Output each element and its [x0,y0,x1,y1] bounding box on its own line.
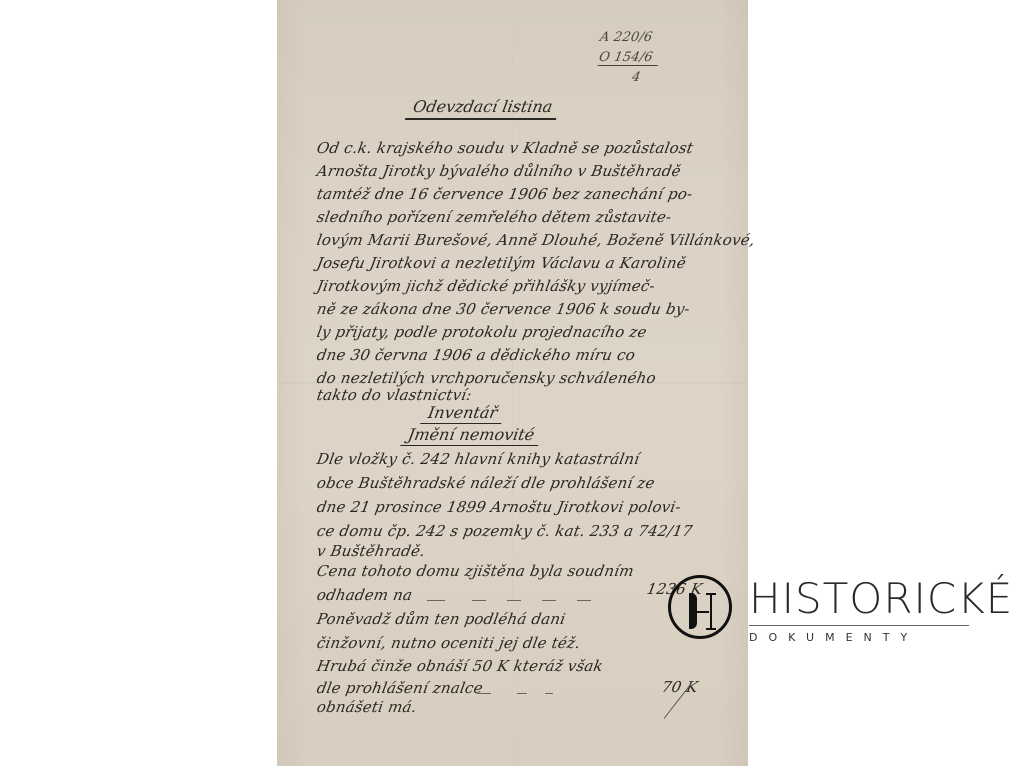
body-line: dne 30 června 1906 a dědického míru co [315,346,636,364]
dash-leader [477,693,491,694]
note-amount: 70 K [660,678,699,696]
dash-leader [545,693,553,694]
valuation-line: odhadem na [315,586,413,604]
note-line: dle prohlášení znalce [315,679,484,697]
dash-leader [507,600,521,601]
brand-word: HISTORICKÉ [749,577,1013,621]
body-line: lovým Marii Burešové, Anně Dlouhé, Božen… [315,231,756,249]
heading-property: Jmění nemovité [400,425,542,446]
monogram-h-left-stroke [689,593,697,629]
reference-number-2: O 154/6 [598,50,660,66]
dash-leader [427,600,445,601]
body-line: Josefu Jirotkovi a nezletilým Václavu a … [315,254,687,272]
monogram-h-serif [706,593,716,595]
document-title: Odevzdací listina [405,97,560,120]
body-line: Jirotkovým jichž dědické přihlášky vyjím… [315,277,656,295]
inventory-line: obce Buštěhradské náleží dle prohlášení … [315,474,656,492]
body-line: takto do vlastnictví: [315,386,473,404]
inventory-line: v Buštěhradě. [315,542,426,560]
historicke-dokumenty-watermark: HISTORICKÉ DOKUMENTY [668,571,968,651]
note-line: Hrubá činže obnáší 50 K kteráž však [315,657,604,675]
monogram-circle-icon [668,575,732,639]
body-line: Arnošta Jirotky bývalého důlního v Buště… [315,162,682,180]
monogram-h-right-stroke [710,593,712,629]
reference-number-1: A 220/6 [599,30,654,45]
inventory-line: Dle vložky č. 242 hlavní knihy katastrál… [315,450,641,468]
body-line: ly přijaty, podle protokolu projednacího… [315,323,648,341]
inventory-line: ce domu čp. 242 s pozemky č. kat. 233 a … [315,522,694,540]
reference-number-3: 4 [631,70,642,85]
body-line: tamtéž dne 16 července 1906 bez zanechán… [315,185,694,203]
inventory-line: dne 21 prosince 1899 Arnoštu Jirotkovi p… [315,498,682,516]
dash-leader [577,600,591,601]
dash-leader [517,693,527,694]
brand-subtitle: DOKUMENTY [749,631,918,644]
valuation-line: Cena tohoto domu zjištěna byla soudním [315,562,635,580]
dash-leader [542,600,556,601]
document-scan: A 220/6 O 154/6 4 Odevzdací listina Od c… [277,0,748,766]
body-line: ně ze zákona dne 30 července 1906 k soud… [315,300,691,318]
body-line: Od c.k. krajského soudu v Kladně se pozů… [315,139,694,157]
note-line: činžovní, nutno oceniti jej dle též. [315,634,581,652]
body-line: do nezletilých vrchporučensky schválenéh… [315,369,657,387]
brand-divider [749,625,969,626]
note-line: Poněvadž dům ten podléhá dani [315,610,567,628]
monogram-h-crossbar [697,611,709,613]
heading-inventory: Inventář [420,403,505,424]
dash-leader [472,600,486,601]
body-line: sledního pořízení zemřelého dětem zůstav… [315,208,673,226]
final-line: obnášeti má. [315,698,418,716]
monogram-h-serif [706,628,716,630]
